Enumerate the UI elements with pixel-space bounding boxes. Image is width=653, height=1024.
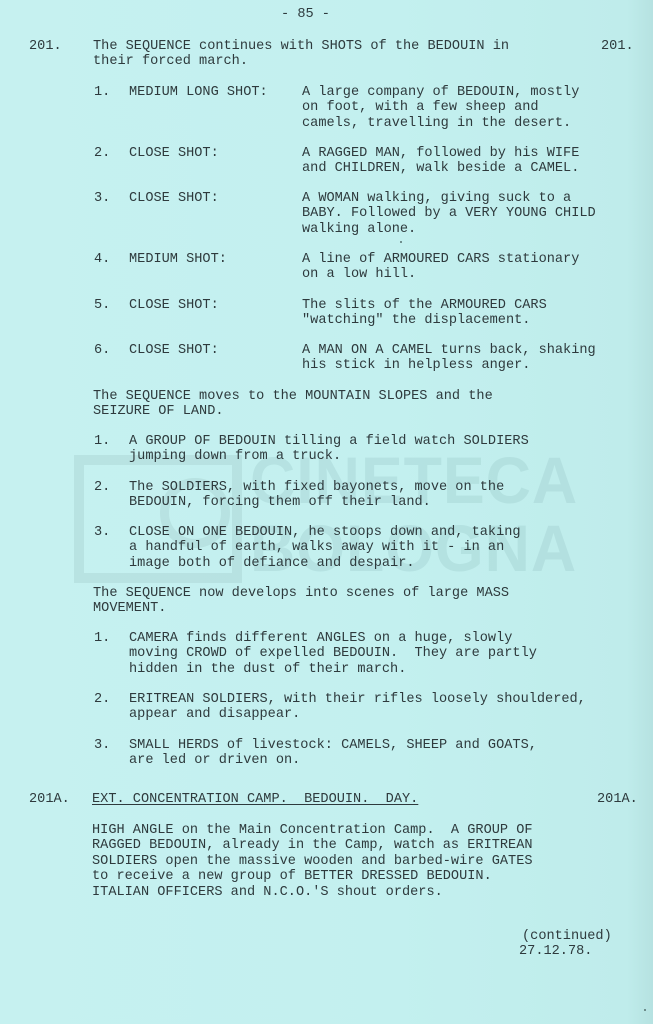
shot-description-line: A WOMAN walking, giving suck to a [302,191,571,206]
shot-description-line: his stick in helpless anger. [302,358,530,373]
item-number: 2. [94,692,110,707]
action-line: ITALIAN OFFICERS and N.C.O.'S shout orde… [92,885,443,900]
item-line: ERITREAN SOLDIERS, with their rifles loo… [129,692,586,707]
shot-number: 6. [94,343,110,358]
scene-number-left: 201A. [29,792,70,807]
action-line: SOLDIERS open the massive wooden and bar… [92,854,533,869]
paper-speck [644,1009,646,1011]
revision-date: 27.12.78. [519,944,592,959]
shot-type: CLOSE SHOT: [129,343,219,358]
action-line: RAGGED BEDOUIN, already in the Camp, wat… [92,838,533,853]
item-line: are led or driven on. [129,753,300,768]
item-line: CLOSE ON ONE BEDOUIN, he stoops down and… [129,525,521,540]
shot-type: MEDIUM SHOT: [129,252,227,267]
shot-description-line: camels, travelling in the desert. [302,116,571,131]
scene-intro-line: their forced march. [93,54,248,69]
shot-description-line: and CHILDREN, walk beside a CAMEL. [302,161,579,176]
item-line: hidden in the dust of their march. [129,662,406,677]
scene-intro-line: The SEQUENCE continues with SHOTS of the… [93,39,509,54]
scene-heading: EXT. CONCENTRATION CAMP. BEDOUIN. DAY. [92,792,418,807]
action-line: HIGH ANGLE on the Main Concentration Cam… [92,823,533,838]
shot-description-line: A large company of BEDOUIN, mostly [302,85,579,100]
item-number: 3. [94,738,110,753]
item-line: A GROUP OF BEDOUIN tilling a field watch… [129,434,529,449]
item-line: jumping down from a truck. [129,449,341,464]
paper-speck [400,241,402,243]
shot-number: 1. [94,85,110,100]
shot-type: CLOSE SHOT: [129,146,219,161]
item-line: SMALL HERDS of livestock: CAMELS, SHEEP … [129,738,537,753]
shot-description-line: A line of ARMOURED CARS stationary [302,252,579,267]
item-number: 2. [94,480,110,495]
shot-description-line: The slits of the ARMOURED CARS [302,298,547,313]
shot-description-line: BABY. Followed by a VERY YOUNG CHILD [302,206,596,221]
script-page: CINETECA BOLOGNA - 85 - 201. 201. The SE… [0,0,653,1024]
item-line: image both of defiance and despair. [129,556,415,571]
sequence-intro-line: MOVEMENT. [93,601,166,616]
shot-number: 2. [94,146,110,161]
sequence-intro-line: SEIZURE OF LAND. [93,404,224,419]
scene-number-right: 201A. [597,792,638,807]
shot-type: CLOSE SHOT: [129,191,219,206]
scene-number-left: 201. [29,39,62,54]
shot-description-line: "watching" the displacement. [302,313,530,328]
shot-description-line: A RAGGED MAN, followed by his WIFE [302,146,579,161]
action-line: to receive a new group of BETTER DRESSED… [92,869,492,884]
shot-type: MEDIUM LONG SHOT: [129,85,268,100]
sequence-intro-line: The SEQUENCE moves to the MOUNTAIN SLOPE… [93,389,493,404]
shot-description-line: on foot, with a few sheep and [302,100,539,115]
item-line: BEDOUIN, forcing them off their land. [129,495,431,510]
item-number: 1. [94,434,110,449]
shot-description-line: walking alone. [302,222,416,237]
shot-number: 4. [94,252,110,267]
item-line: The SOLDIERS, with fixed bayonets, move … [129,480,504,495]
item-line: a handful of earth, walks away with it -… [129,540,504,555]
item-line: CAMERA finds different ANGLES on a huge,… [129,631,512,646]
scene-number-right: 201. [601,39,634,54]
shot-number: 3. [94,191,110,206]
item-line: moving CROWD of expelled BEDOUIN. They a… [129,646,537,661]
item-line: appear and disappear. [129,707,300,722]
continued-label: (continued) [522,929,612,944]
sequence-intro-line: The SEQUENCE now develops into scenes of… [93,586,509,601]
shot-type: CLOSE SHOT: [129,298,219,313]
shot-description-line: on a low hill. [302,267,416,282]
item-number: 3. [94,525,110,540]
shot-description-line: A MAN ON A CAMEL turns back, shaking [302,343,596,358]
page-number: - 85 - [281,7,330,22]
item-number: 1. [94,631,110,646]
shot-number: 5. [94,298,110,313]
